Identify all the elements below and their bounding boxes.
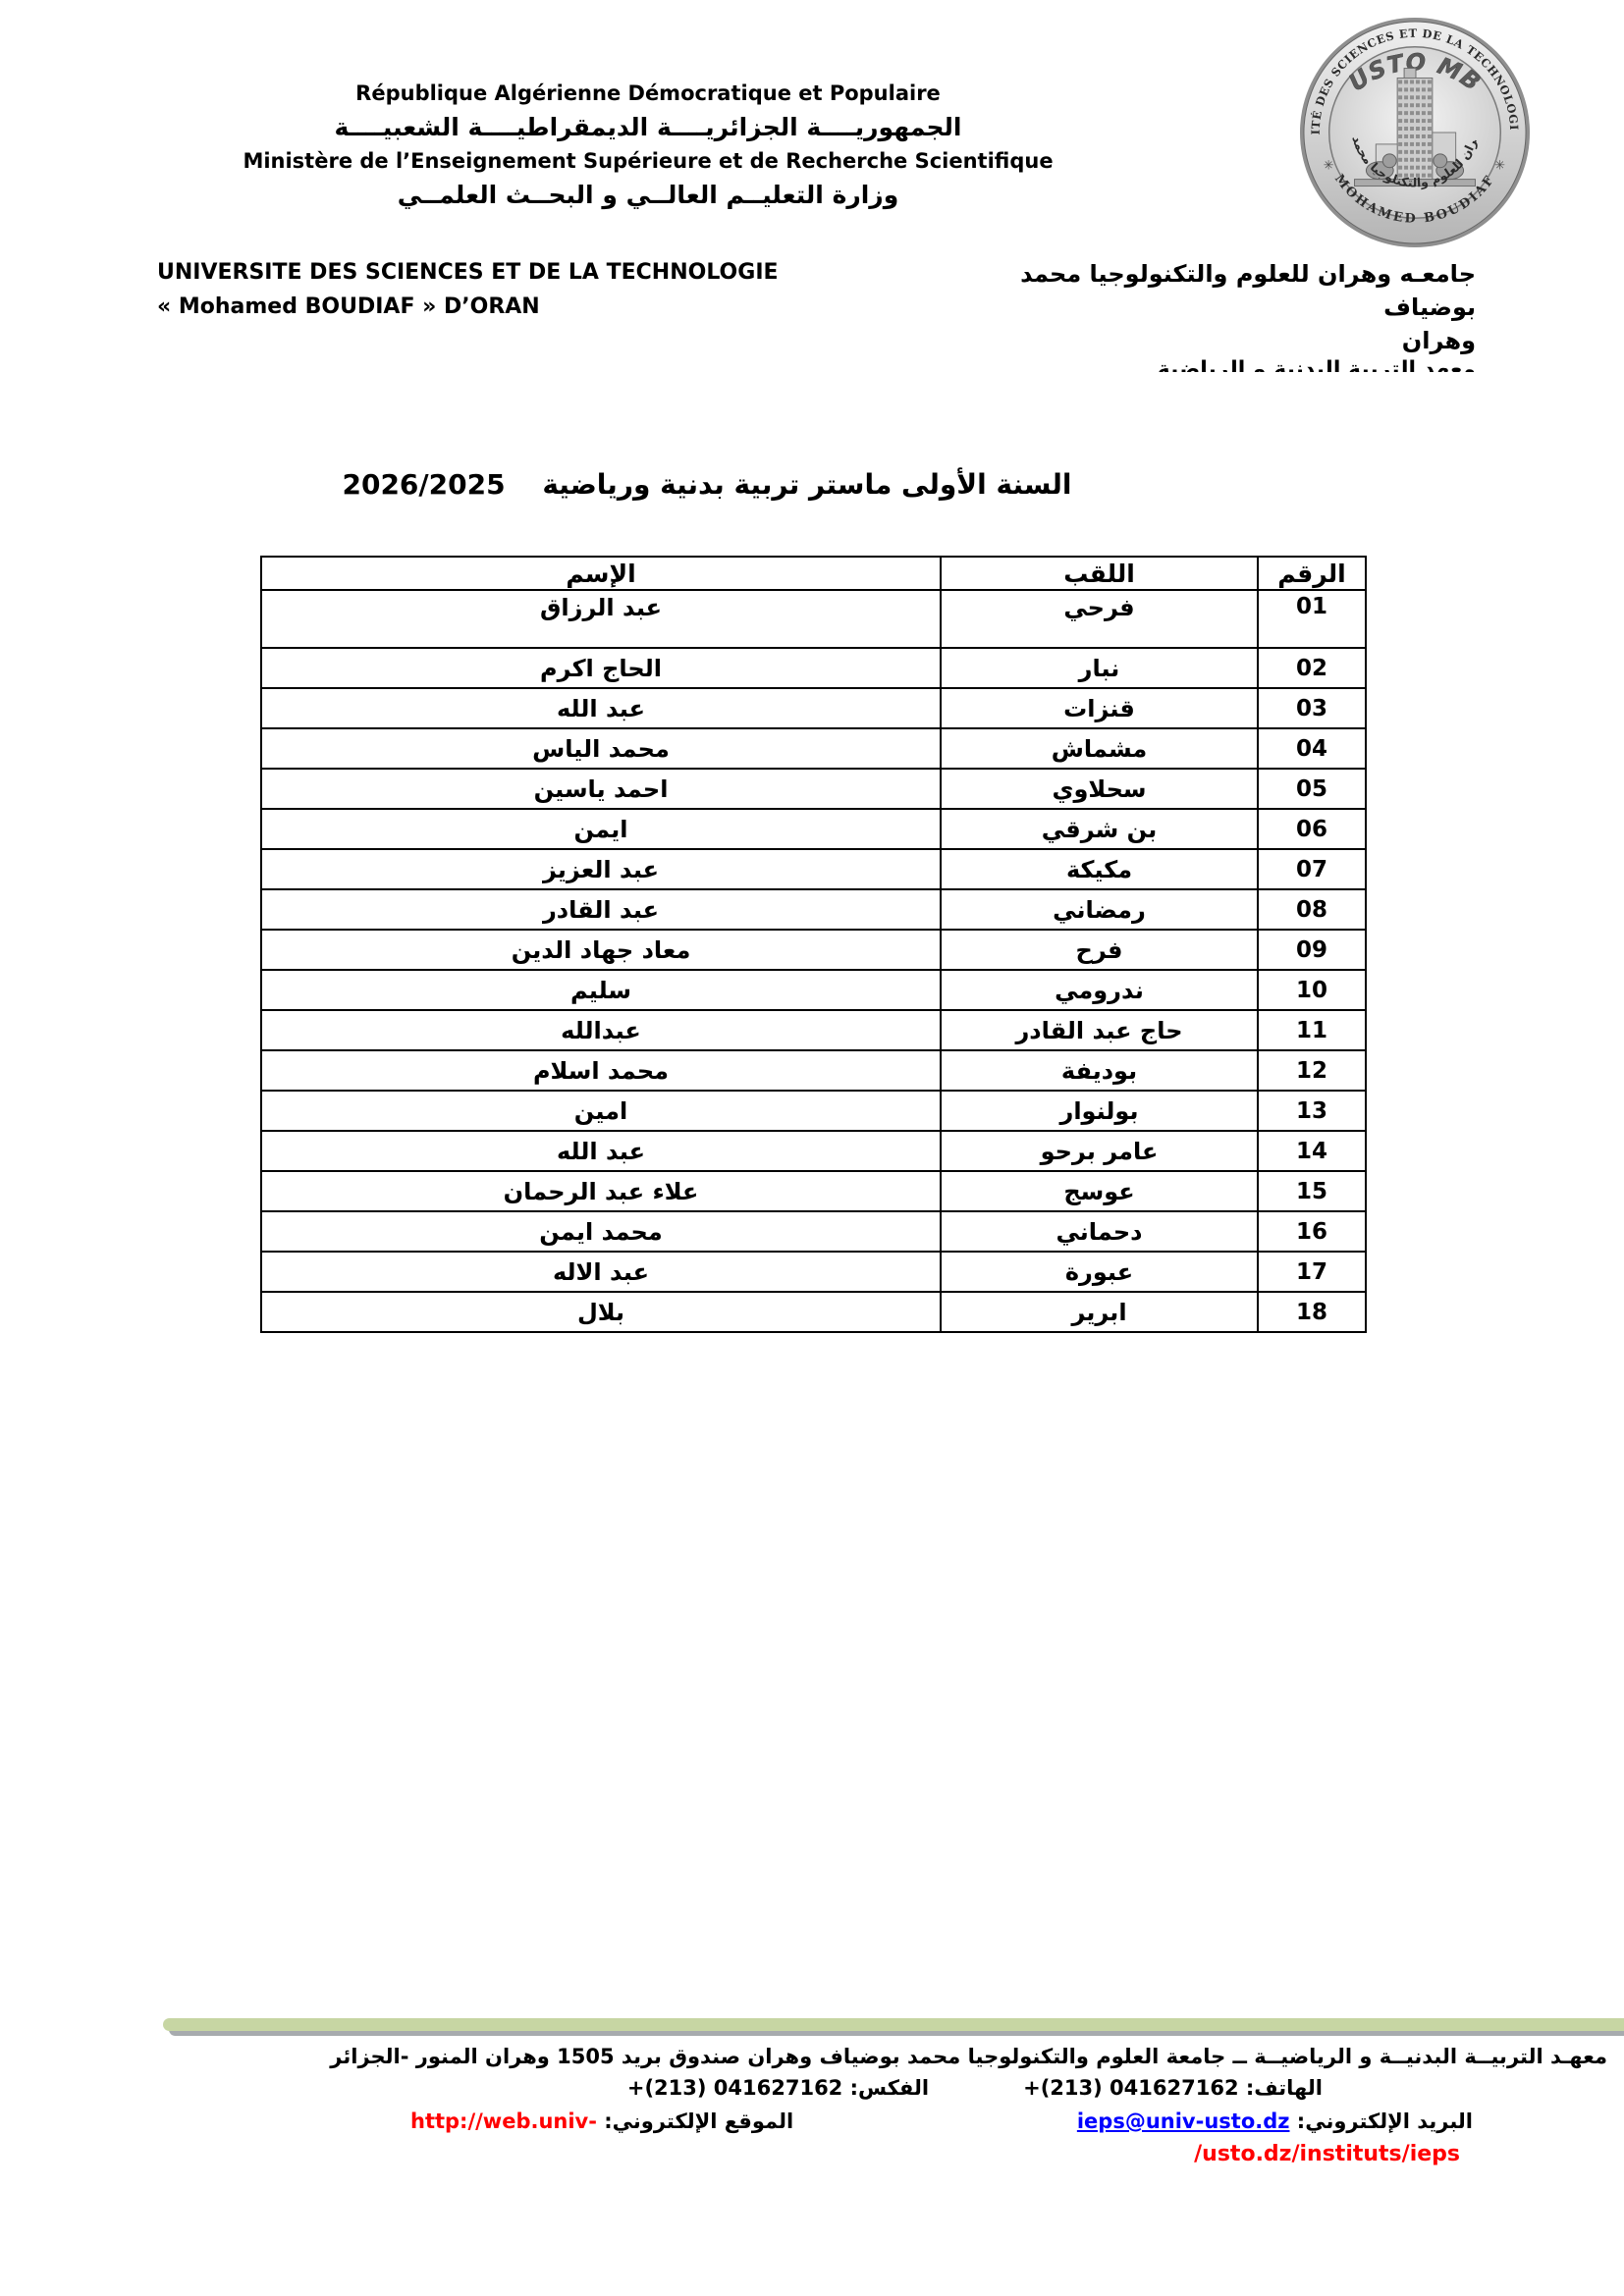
university-name-fr-line1: UNIVERSITE DES SCIENCES ET DE LA TECHNOL… — [157, 255, 779, 290]
cell-lastname: سحلاوي — [941, 769, 1258, 809]
cell-num: 05 — [1258, 769, 1366, 809]
cell-num: 18 — [1258, 1292, 1366, 1332]
footer-email-link[interactable]: ieps@univ-usto.dz — [1077, 2109, 1290, 2133]
cell-lastname: مشماش — [941, 728, 1258, 769]
cell-firstname: محمد الياس — [261, 728, 941, 769]
university-name-fr-line2: « Mohamed BOUDIAF » D’ORAN — [157, 290, 779, 324]
table-row: 11 حاج عبد القادر عبدالله — [261, 1010, 1366, 1050]
cell-num: 11 — [1258, 1010, 1366, 1050]
table-row: 15 عوسج علاء عبد الرحمان — [261, 1171, 1366, 1211]
cell-firstname: عبد الله — [261, 1131, 941, 1171]
university-name-ar-line1: جامعـه وهران للعلوم والتكنولوجيا محمد بو… — [957, 257, 1476, 324]
table-row: 12 بوديفة محمد اسلام — [261, 1050, 1366, 1091]
cell-num: 01 — [1258, 590, 1366, 648]
footer-email-line: البريد الإلكتروني: ieps@univ-usto.dz — [1077, 2109, 1473, 2133]
footer-address: معهـد التربيــة البدنيــة و الرياضيــة ـ… — [330, 2045, 1607, 2068]
cell-lastname: ندرومي — [941, 970, 1258, 1010]
table-row: 02 نبار الحاج اكرم — [261, 648, 1366, 688]
republic-line-fr: République Algérienne Démocratique et Po… — [0, 79, 1296, 109]
ministry-line-ar: وزارة التعليــم العالــي و البحــث العلم… — [0, 177, 1296, 214]
document-title-text: السنة الأولى ماستر تربية بدنية ورياضية — [542, 468, 1071, 501]
cell-num: 10 — [1258, 970, 1366, 1010]
cell-firstname: عبد الله — [261, 688, 941, 728]
ministry-line-fr: Ministère de l’Enseignement Supérieure e… — [0, 146, 1296, 177]
cell-num: 06 — [1258, 809, 1366, 849]
cell-num: 17 — [1258, 1252, 1366, 1292]
cell-firstname: بلال — [261, 1292, 941, 1332]
table-row: 05 سحلاوي احمد ياسين — [261, 769, 1366, 809]
footer-divider-bar — [163, 2018, 1624, 2031]
cell-num: 14 — [1258, 1131, 1366, 1171]
cell-firstname: عبد الاله — [261, 1252, 941, 1292]
table-row: 01 فرحي عبد الرزاق — [261, 590, 1366, 648]
footer-fax-label: الفكس: — [850, 2076, 930, 2100]
cell-lastname: نبار — [941, 648, 1258, 688]
cell-firstname: عبد العزيز — [261, 849, 941, 889]
cell-firstname: عبد القادر — [261, 889, 941, 930]
cell-firstname: عبد الرزاق — [261, 590, 941, 648]
cell-firstname: عبدالله — [261, 1010, 941, 1050]
cell-num: 15 — [1258, 1171, 1366, 1211]
cell-num: 08 — [1258, 889, 1366, 930]
footer-fax-value: +(213) 041627162 — [627, 2076, 842, 2100]
footer-site-url-part2[interactable]: /usto.dz/instituts/ieps — [1194, 2142, 1460, 2166]
university-name-ar: جامعـه وهران للعلوم والتكنولوجيا محمد بو… — [957, 257, 1476, 372]
university-name-fr: UNIVERSITE DES SCIENCES ET DE LA TECHNOL… — [157, 255, 779, 324]
cell-firstname: علاء عبد الرحمان — [261, 1171, 941, 1211]
cell-lastname: رمضاني — [941, 889, 1258, 930]
cell-num: 13 — [1258, 1091, 1366, 1131]
table-header-lastname: اللقب — [941, 557, 1258, 590]
table-header-num: الرقم — [1258, 557, 1366, 590]
cell-lastname: فرحي — [941, 590, 1258, 648]
cell-lastname: ابرير — [941, 1292, 1258, 1332]
cell-num: 16 — [1258, 1211, 1366, 1252]
footer-phone-label: الهاتف: — [1246, 2076, 1323, 2100]
cell-firstname: سليم — [261, 970, 941, 1010]
cell-lastname: مكيكة — [941, 849, 1258, 889]
footer-phone-value: +(213) 041627162 — [1023, 2076, 1238, 2100]
roster-table: الرقم اللقب الإسم 01 فرحي عبد الرزاق 02 … — [260, 556, 1367, 1333]
cell-lastname: عامر برحو — [941, 1131, 1258, 1171]
footer-site-label: الموقع الإلكتروني: — [604, 2109, 793, 2133]
table-row: 08 رمضاني عبد القادر — [261, 889, 1366, 930]
cell-firstname: محمد ايمن — [261, 1211, 941, 1252]
cell-lastname: عوسج — [941, 1171, 1258, 1211]
cell-num: 09 — [1258, 930, 1366, 970]
cell-lastname: بوديفة — [941, 1050, 1258, 1091]
seal-star-left-icon: ✳ — [1324, 159, 1334, 174]
table-header-firstname: الإسم — [261, 557, 941, 590]
cell-lastname: فرح — [941, 930, 1258, 970]
document-title-year: 2026/2025 — [342, 468, 505, 501]
table-header-row: الرقم اللقب الإسم — [261, 557, 1366, 590]
cell-num: 04 — [1258, 728, 1366, 769]
cell-firstname: امين — [261, 1091, 941, 1131]
footer-site-line: الموقع الإلكتروني: http://web.univ- — [410, 2109, 793, 2133]
cell-num: 03 — [1258, 688, 1366, 728]
cell-firstname: محمد اسلام — [261, 1050, 941, 1091]
cell-num: 02 — [1258, 648, 1366, 688]
table-row: 13 بولنوار امين — [261, 1091, 1366, 1131]
footer-phone: الهاتف: +(213) 041627162 — [1023, 2076, 1323, 2100]
cell-firstname: احمد ياسين — [261, 769, 941, 809]
cell-firstname: الحاج اكرم — [261, 648, 941, 688]
table-row: 07 مكيكة عبد العزيز — [261, 849, 1366, 889]
cell-lastname: بولنوار — [941, 1091, 1258, 1131]
footer-fax: الفكس: +(213) 041627162 — [627, 2076, 929, 2100]
cell-num: 12 — [1258, 1050, 1366, 1091]
table-row: 10 ندرومي سليم — [261, 970, 1366, 1010]
table-row: 03 قنزات عبد الله — [261, 688, 1366, 728]
ministry-header: République Algérienne Démocratique et Po… — [0, 79, 1296, 214]
table-row: 16 دحماني محمد ايمن — [261, 1211, 1366, 1252]
table-row: 17 عبورة عبد الاله — [261, 1252, 1366, 1292]
cell-lastname: بن شرقي — [941, 809, 1258, 849]
university-city-ar: وهران — [957, 324, 1476, 357]
table-row: 04 مشماش محمد الياس — [261, 728, 1366, 769]
table-row: 06 بن شرقي ايمن — [261, 809, 1366, 849]
footer-email-label: البريد الإلكتروني: — [1297, 2109, 1473, 2133]
cell-lastname: قنزات — [941, 688, 1258, 728]
document-title: السنة الأولى ماستر تربية بدنية ورياضية 2… — [0, 468, 1414, 501]
footer-phone-fax-line: الهاتف: +(213) 041627162 الفكس: +(213) 0… — [627, 2076, 1323, 2100]
document-page: République Algérienne Démocratique et Po… — [0, 0, 1624, 2296]
cell-lastname: عبورة — [941, 1252, 1258, 1292]
table-row: 14 عامر برحو عبد الله — [261, 1131, 1366, 1171]
table-row: 09 فرح معاد جهاد الدين — [261, 930, 1366, 970]
republic-line-ar: الجمهوريــــة الجزائريــــة الديمقراطيــ… — [0, 109, 1296, 146]
cell-num: 07 — [1258, 849, 1366, 889]
cell-lastname: دحماني — [941, 1211, 1258, 1252]
seal-star-right-icon: ✳ — [1494, 159, 1505, 174]
institute-name-ar-clipped: معهد التربية البدنية و الرياضية — [957, 357, 1476, 372]
cell-firstname: معاد جهاد الدين — [261, 930, 941, 970]
cell-firstname: ايمن — [261, 809, 941, 849]
footer-site-url-part1[interactable]: http://web.univ- — [410, 2109, 597, 2133]
university-seal-logo: UNIVERSITÉ DES SCIENCES ET DE LA TECHNOL… — [1298, 16, 1532, 249]
cell-lastname: حاج عبد القادر — [941, 1010, 1258, 1050]
table-row: 18 ابرير بلال — [261, 1292, 1366, 1332]
